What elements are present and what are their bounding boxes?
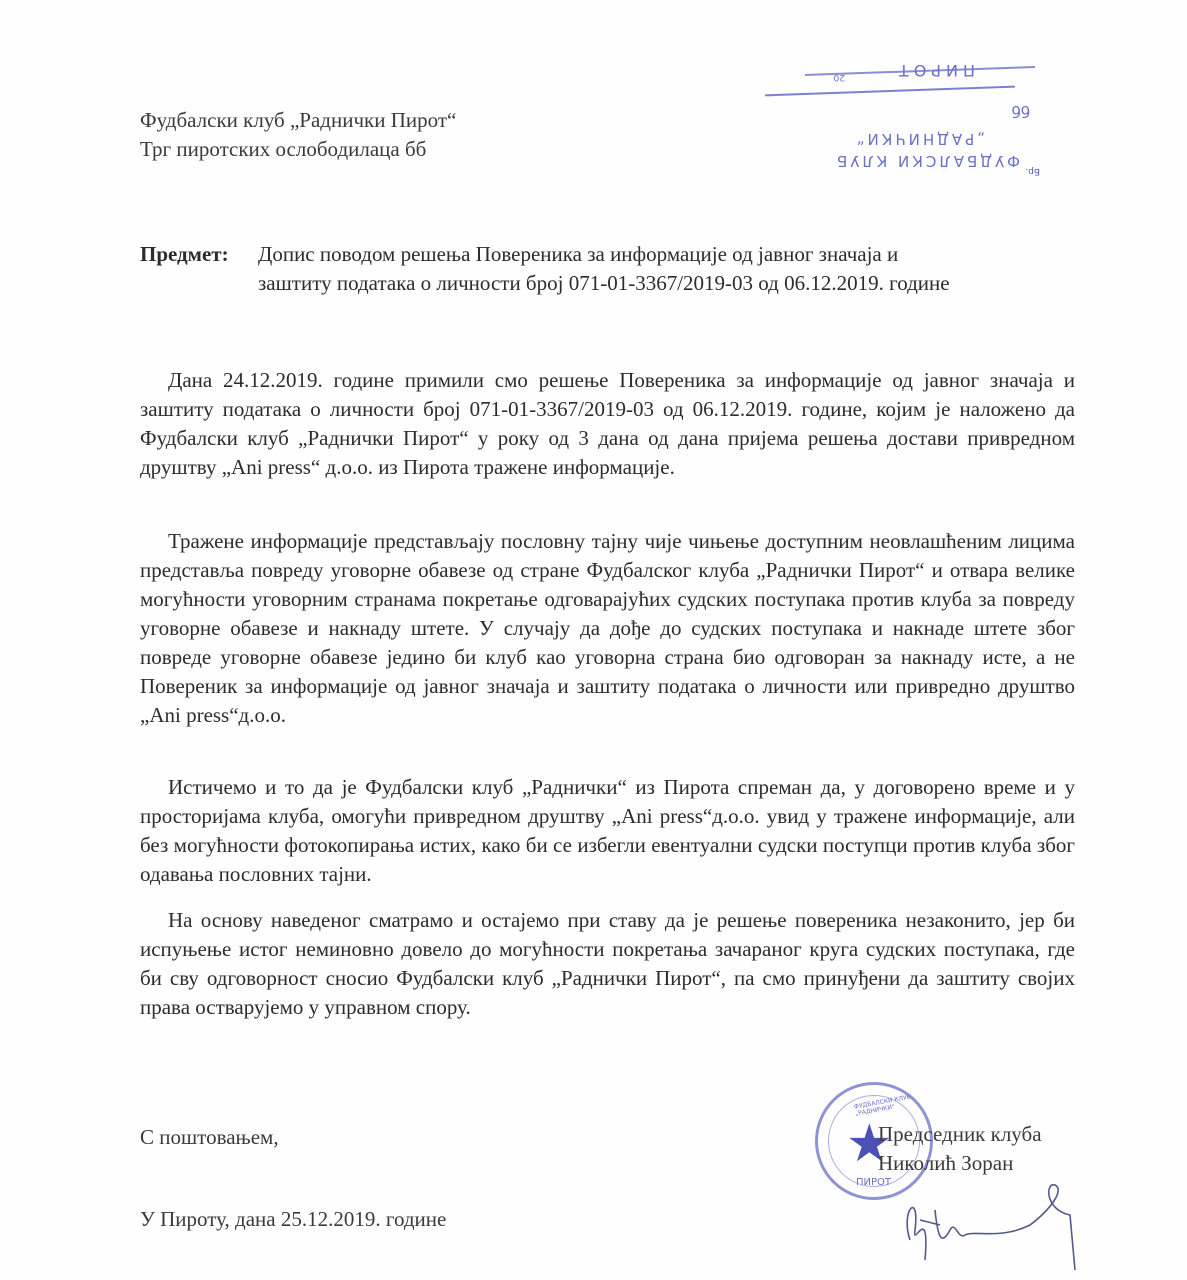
- stamp-number-label: Бр.: [1025, 166, 1040, 176]
- paragraph-2: Тражене информације представљају пословн…: [140, 527, 1075, 730]
- stamp-club-line1: „РАДНИЧКИ“: [854, 130, 985, 148]
- paragraph-text: Дана 24.12.2019. године примили смо реше…: [140, 366, 1075, 482]
- paragraph-4: На основу наведеног сматрамо и остајемо …: [140, 906, 1075, 1022]
- stamp-date-label: 20: [834, 72, 845, 82]
- paragraph-3: Истичемо и то да је Фудбалски клуб „Радн…: [140, 773, 1075, 889]
- closing-salutation: С поштовањем,: [140, 1125, 279, 1150]
- paragraph-text: На основу наведеног сматрамо и остајемо …: [140, 906, 1075, 1022]
- paragraph-text: Тражене информације представљају пословн…: [140, 527, 1075, 730]
- subject-line-2: заштиту података о личности број 071-01-…: [140, 269, 1075, 298]
- subject-label: Предмет:: [140, 240, 258, 269]
- sender-address: Фудбалски клуб „Раднички Пирот“ Трг пиро…: [140, 106, 456, 164]
- stamp-city: ПИРОТ: [894, 61, 975, 80]
- sender-street: Трг пиротских ослободилаца бб: [140, 135, 456, 164]
- stamp-club-line2: ФУДБАЛСКИ КЛУБ: [834, 152, 1020, 170]
- received-stamp: Бр. ФУДБАЛСКИ КЛУБ „РАДНИЧКИ“ бб ПИРОТ 2…: [755, 30, 1045, 180]
- paragraph-1: Дана 24.12.2019. године примили смо реше…: [140, 366, 1075, 482]
- place-and-date: У Пироту, дана 25.12.2019. године: [140, 1207, 446, 1232]
- stamp-rule: [765, 86, 1015, 97]
- stamp-suffix: бб: [1011, 102, 1030, 120]
- handwritten-signature: [880, 1170, 1090, 1270]
- subject-block: Предмет:Допис поводом решења Повереника …: [140, 240, 1075, 298]
- sender-name: Фудбалски клуб „Раднички Пирот“: [140, 106, 456, 135]
- signatory-title: Председник клуба: [878, 1120, 1042, 1149]
- scanned-letter-page: Бр. ФУДБАЛСКИ КЛУБ „РАДНИЧКИ“ бб ПИРОТ 2…: [0, 0, 1187, 1280]
- paragraph-text: Истичемо и то да је Фудбалски клуб „Радн…: [140, 773, 1075, 889]
- subject-line-1: Допис поводом решења Повереника за инфор…: [258, 242, 898, 266]
